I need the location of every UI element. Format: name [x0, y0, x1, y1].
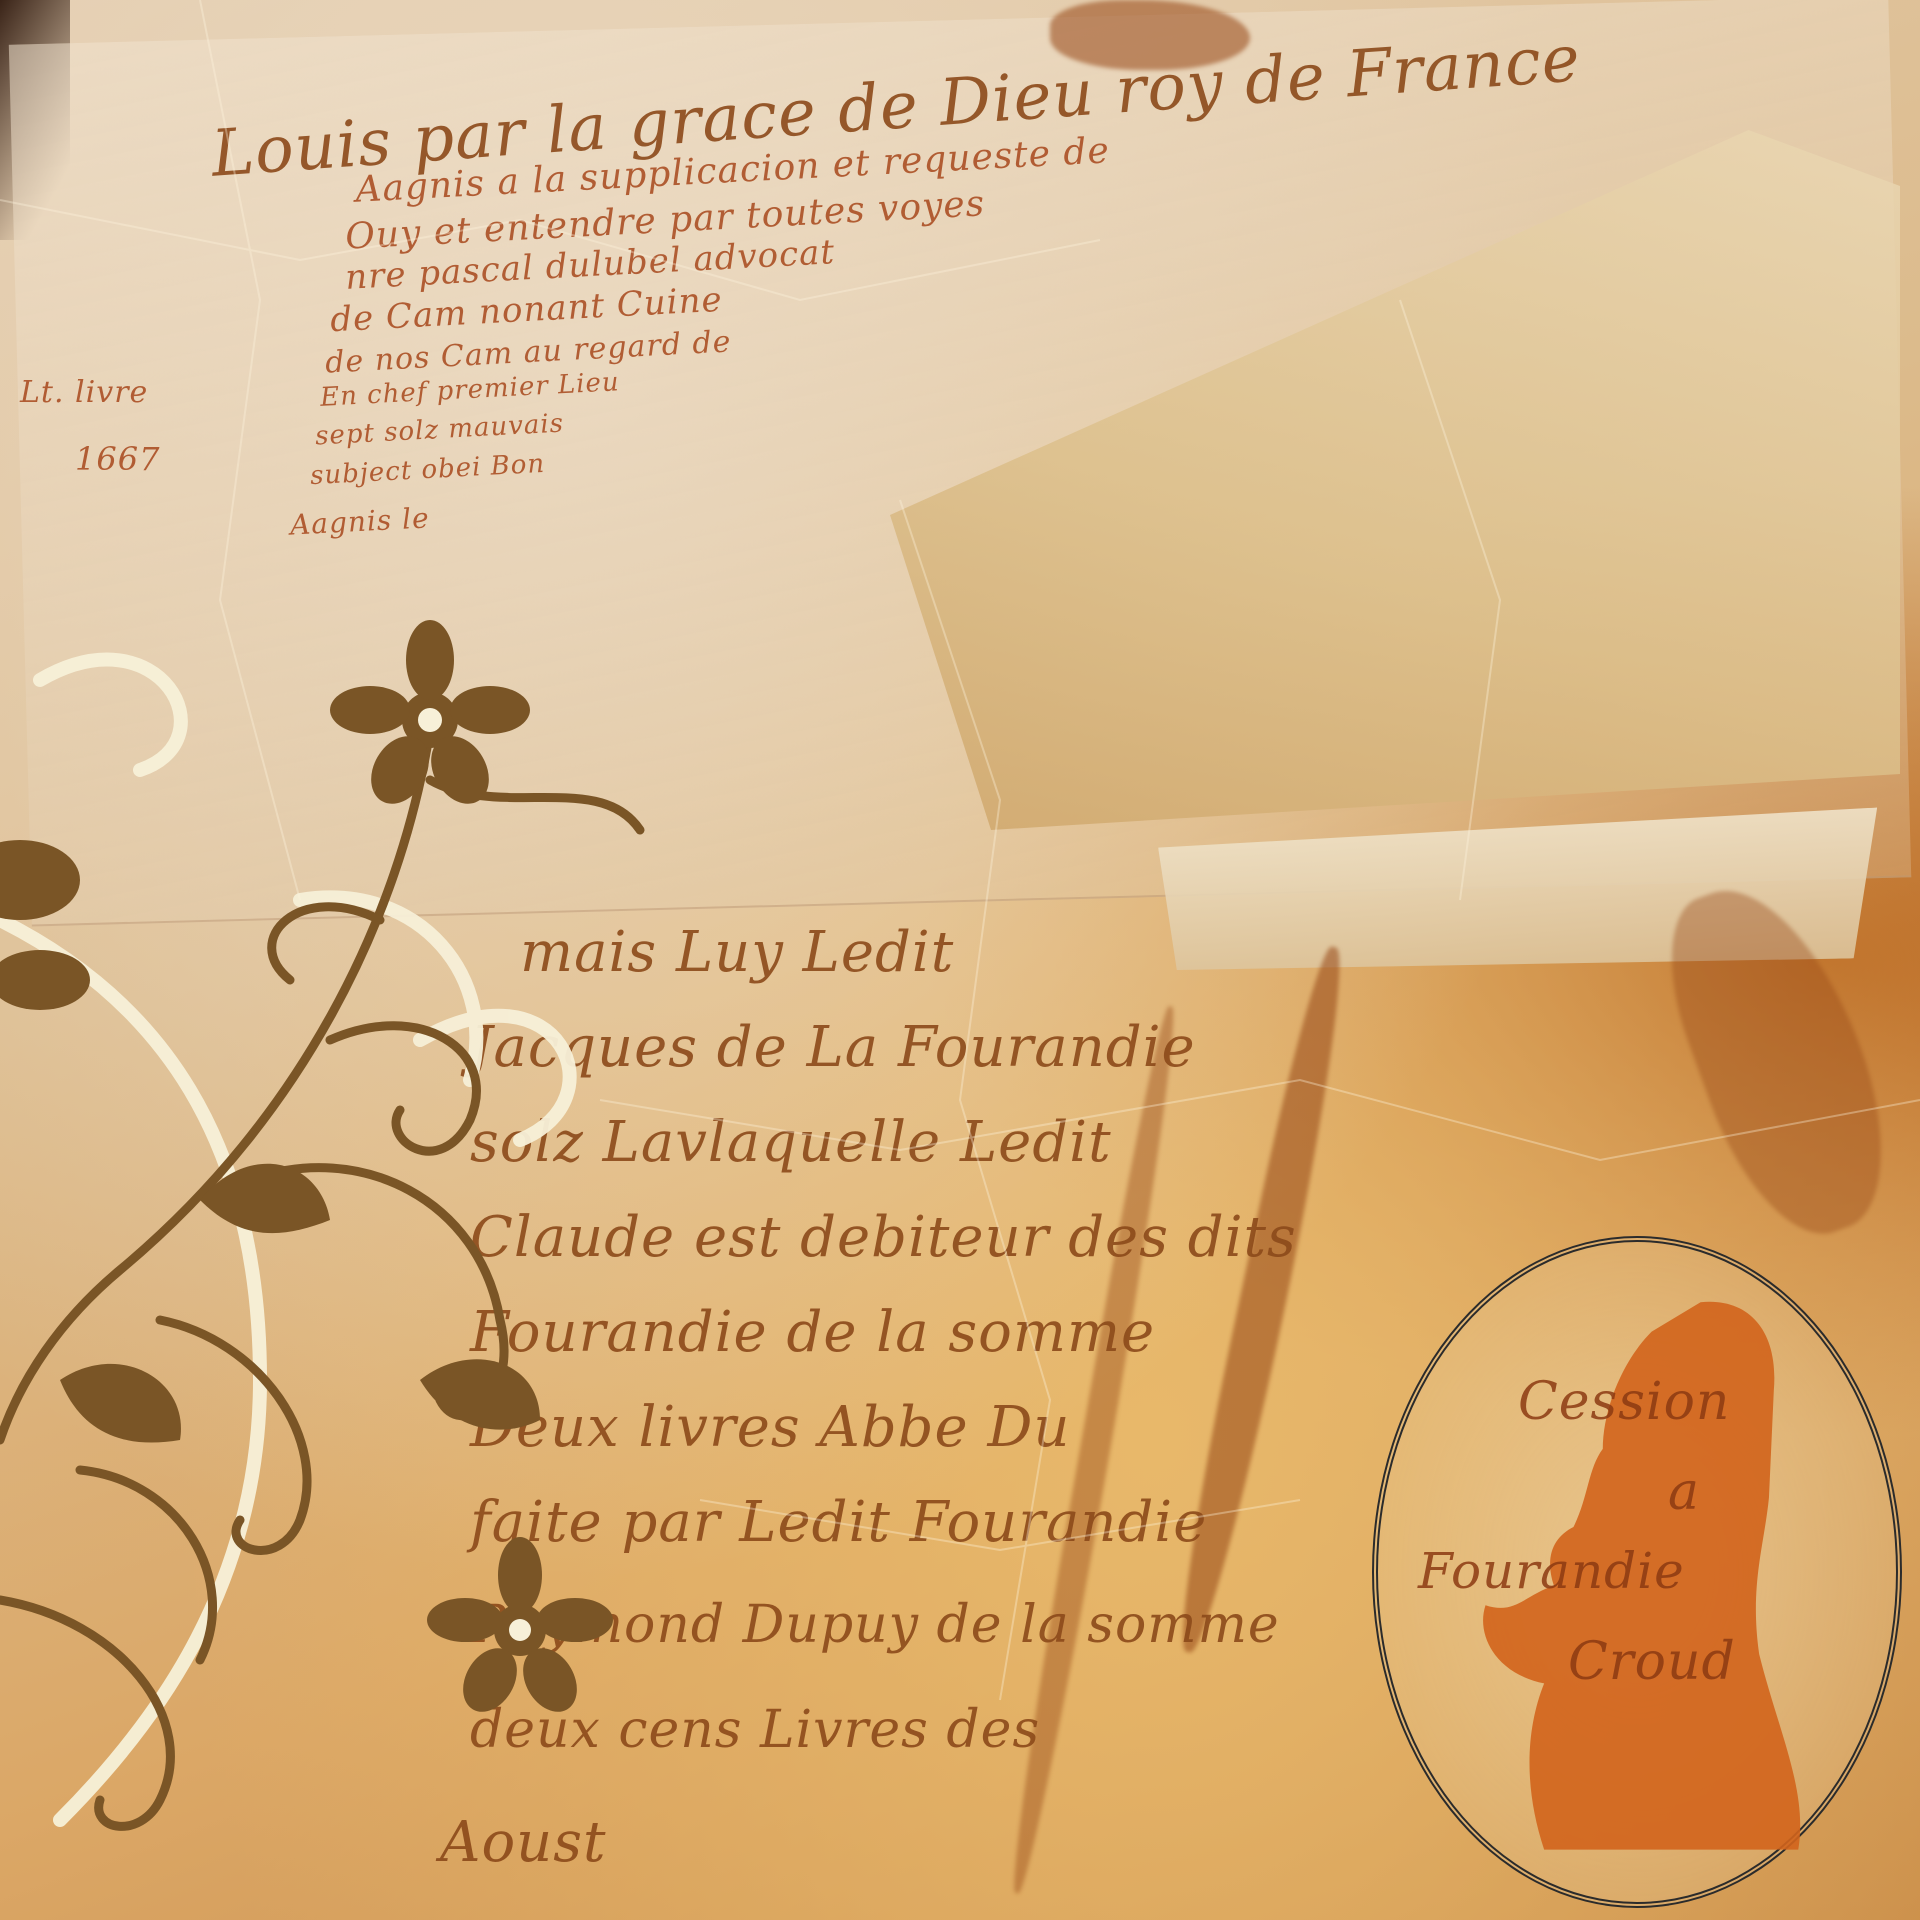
ink-stain	[1050, 0, 1250, 70]
ink-stain	[1643, 863, 1916, 1256]
margin-note: 1667	[75, 440, 160, 478]
leaf-icon	[60, 1164, 540, 1443]
cameo-oval: Cession a Fourandie Croud	[1372, 1236, 1902, 1908]
margin-note: Lt. livre	[20, 375, 148, 410]
cameo-text: a	[1668, 1462, 1700, 1522]
floral-ornament	[0, 620, 720, 1920]
cameo-text: Cession	[1518, 1372, 1730, 1432]
cameo-text: Fourandie	[1418, 1542, 1685, 1600]
cameo-text: Croud	[1568, 1632, 1736, 1692]
flower-icon	[427, 1537, 613, 1721]
vintage-manuscript-canvas: Louis par la grace de Dieu roy de France…	[0, 0, 1920, 1920]
